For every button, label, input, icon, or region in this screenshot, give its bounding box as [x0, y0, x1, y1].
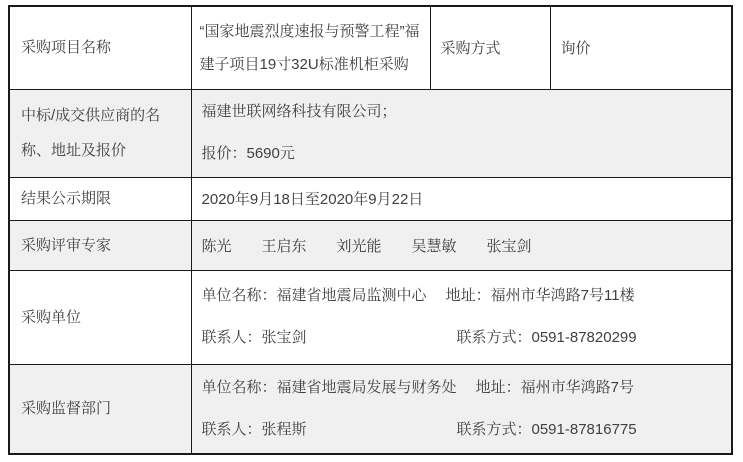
- supervision-dept-contact-person: 联系人：张程斯: [202, 419, 457, 441]
- supervision-dept-org-address: 单位名称：福建省地震局发展与财务处 地址：福州市华鸿路7号: [202, 377, 728, 399]
- publicity-period-label-cell: 结果公示期限: [9, 177, 191, 220]
- publicity-period-value-cell: 2020年9月18日至2020年9月22日: [191, 177, 732, 220]
- supervision-dept-label-cell: 采购监督部门: [9, 364, 191, 454]
- table-row: 采购单位 单位名称：福建省地震局监测中心 地址：福州市华鸿路7号11楼 联系人：…: [9, 270, 732, 364]
- purchasing-unit-label: 采购单位: [21, 309, 81, 326]
- procurement-method-label: 采购方式: [441, 40, 501, 57]
- supervision-dept-value-cell: 单位名称：福建省地震局发展与财务处 地址：福州市华鸿路7号 联系人：张程斯 联系…: [191, 364, 732, 454]
- review-experts-label: 采购评审专家: [21, 237, 111, 254]
- project-name-value: “国家地震烈度速报与预警工程”福建子项目19寸32U标准机柜采购: [200, 15, 428, 81]
- table-row: 采购监督部门 单位名称：福建省地震局发展与财务处 地址：福州市华鸿路7号 联系人…: [9, 364, 732, 454]
- procurement-result-table: 采购项目名称 “国家地震烈度速报与预警工程”福建子项目19寸32U标准机柜采购 …: [8, 5, 733, 455]
- table-row: 结果公示期限 2020年9月18日至2020年9月22日: [9, 177, 732, 220]
- purchasing-unit-label-cell: 采购单位: [9, 270, 191, 364]
- project-name-label: 采购项目名称: [21, 39, 111, 56]
- supplier-label: 中标/成交供应商的名称、地址及报价: [21, 107, 160, 159]
- supervision-dept-contact-phone: 联系方式：0591-87816775: [457, 419, 728, 441]
- project-name-label-cell: 采购项目名称: [9, 6, 191, 89]
- purchasing-unit-contact-row: 联系人：张宝剑 联系方式：0591-87820299: [202, 327, 728, 349]
- review-experts-value-cell: 陈光 王启东 刘光能 吴慧敏 张宝剑: [191, 220, 732, 270]
- purchasing-unit-org-address: 单位名称：福建省地震局监测中心 地址：福州市华鸿路7号11楼: [202, 285, 728, 307]
- table-row: 采购评审专家 陈光 王启东 刘光能 吴慧敏 张宝剑: [9, 220, 732, 270]
- purchasing-unit-contact-person: 联系人：张宝剑: [202, 327, 457, 349]
- purchasing-unit-contact-phone: 联系方式：0591-87820299: [457, 327, 728, 349]
- table-row: 采购项目名称 “国家地震烈度速报与预警工程”福建子项目19寸32U标准机柜采购 …: [9, 6, 732, 89]
- supervision-dept-contact-row: 联系人：张程斯 联系方式：0591-87816775: [202, 419, 728, 441]
- procurement-method-label-cell: 采购方式: [430, 6, 550, 89]
- review-experts-names: 陈光 王启东 刘光能 吴慧敏 张宝剑: [202, 238, 532, 255]
- supplier-quote: 报价：5690元: [202, 143, 728, 165]
- supplier-label-cell: 中标/成交供应商的名称、地址及报价: [9, 89, 191, 177]
- supervision-dept-label: 采购监督部门: [21, 400, 111, 417]
- supplier-name: 福建世联网络科技有限公司；: [202, 101, 728, 123]
- purchasing-unit-value-cell: 单位名称：福建省地震局监测中心 地址：福州市华鸿路7号11楼 联系人：张宝剑 联…: [191, 270, 732, 364]
- project-name-value-cell: “国家地震烈度速报与预警工程”福建子项目19寸32U标准机柜采购: [191, 6, 430, 89]
- procurement-method-value: 询价: [561, 40, 591, 57]
- supplier-value-cell: 福建世联网络科技有限公司； 报价：5690元: [191, 89, 732, 177]
- table-row: 中标/成交供应商的名称、地址及报价 福建世联网络科技有限公司； 报价：5690元: [9, 89, 732, 177]
- publicity-period-value: 2020年9月18日至2020年9月22日: [202, 191, 424, 208]
- review-experts-label-cell: 采购评审专家: [9, 220, 191, 270]
- procurement-method-value-cell: 询价: [550, 6, 732, 89]
- publicity-period-label: 结果公示期限: [21, 190, 111, 207]
